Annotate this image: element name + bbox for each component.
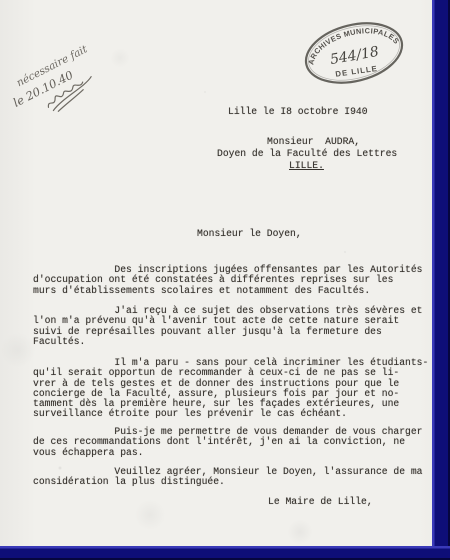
letter-paragraph: Des inscriptions jugées offensantes par … — [33, 265, 423, 296]
recipient-title: Doyen de la Faculté des Lettres — [217, 149, 397, 159]
recipient-city: LILLE. — [289, 161, 324, 171]
scanned-letter-page: nécessaire fait le 20.10.40 ARCHIVES MUN… — [0, 0, 450, 560]
letter-paragraph: J'ai reçu à ce sujet des observations tr… — [33, 306, 423, 347]
letter-paragraph: Puis-je me permettre de vous demander de… — [33, 427, 423, 458]
recipient-name: Monsieur AUDRA, — [267, 137, 360, 147]
letter-paragraph: Veuillez agréer, Monsieur le Doyen, l'as… — [33, 467, 423, 488]
letter-salutation: Monsieur le Doyen, — [197, 229, 302, 239]
handwritten-annotation: nécessaire fait le 20.10.40 — [4, 43, 108, 130]
letter-signoff: Le Maire de Lille, — [268, 497, 373, 507]
photo-border-right — [432, 0, 450, 560]
photo-border-bottom — [0, 546, 450, 560]
letter-dateline: Lille le I8 octobre I940 — [228, 107, 368, 117]
letter-paragraph: Il m'a paru - sans pour celà incriminer … — [33, 358, 428, 420]
archive-stamp: ARCHIVES MUNICIPALES DE LILLE 544/18 — [290, 10, 418, 96]
